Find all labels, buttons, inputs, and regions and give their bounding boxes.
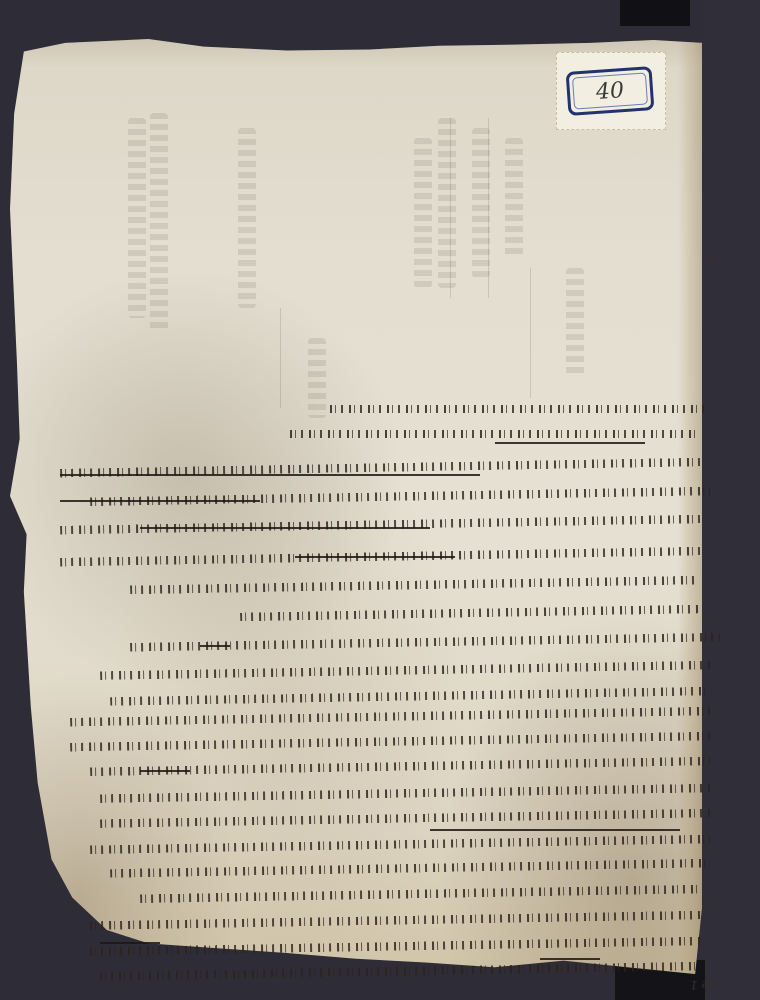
- handwritten-line: [100, 658, 710, 683]
- handwritten-line: [290, 427, 700, 441]
- handwritten-line: [130, 630, 720, 654]
- strikethrough-mark: [540, 958, 600, 960]
- strikethrough-mark: [295, 556, 455, 558]
- strikethrough-mark: [430, 829, 680, 831]
- handwritten-line: [240, 602, 700, 624]
- handwritten-line: [130, 573, 700, 597]
- strikethrough-mark: [140, 527, 430, 529]
- margin-mark-right: r: [708, 250, 716, 269]
- strikethrough-mark: [60, 474, 480, 476]
- strikethrough-mark: [140, 770, 190, 772]
- handwritten-line: [100, 959, 700, 983]
- handwritten-line: [140, 882, 700, 906]
- handwritten-line: [110, 856, 710, 880]
- handwritten-line: [70, 729, 710, 754]
- handwritten-line: [100, 781, 710, 806]
- handwritten-line: [90, 832, 710, 857]
- handwritten-line: [90, 754, 710, 779]
- handwritten-line: [90, 908, 700, 933]
- strikethrough-mark: [200, 645, 230, 647]
- handwritten-line: [330, 402, 710, 416]
- handwritten-line: [90, 934, 700, 959]
- strikethrough-mark: [100, 942, 160, 944]
- handwritten-line: [60, 455, 700, 480]
- handwritten-line: [70, 704, 710, 729]
- handwritten-line: [60, 512, 700, 537]
- handwritten-line: [100, 806, 710, 831]
- strikethrough-mark: [495, 442, 645, 444]
- handwritten-text-block: [0, 0, 760, 1000]
- margin-mark-bottom: ne 1: [690, 978, 716, 992]
- strikethrough-mark: [60, 500, 260, 502]
- handwritten-line: [90, 484, 710, 509]
